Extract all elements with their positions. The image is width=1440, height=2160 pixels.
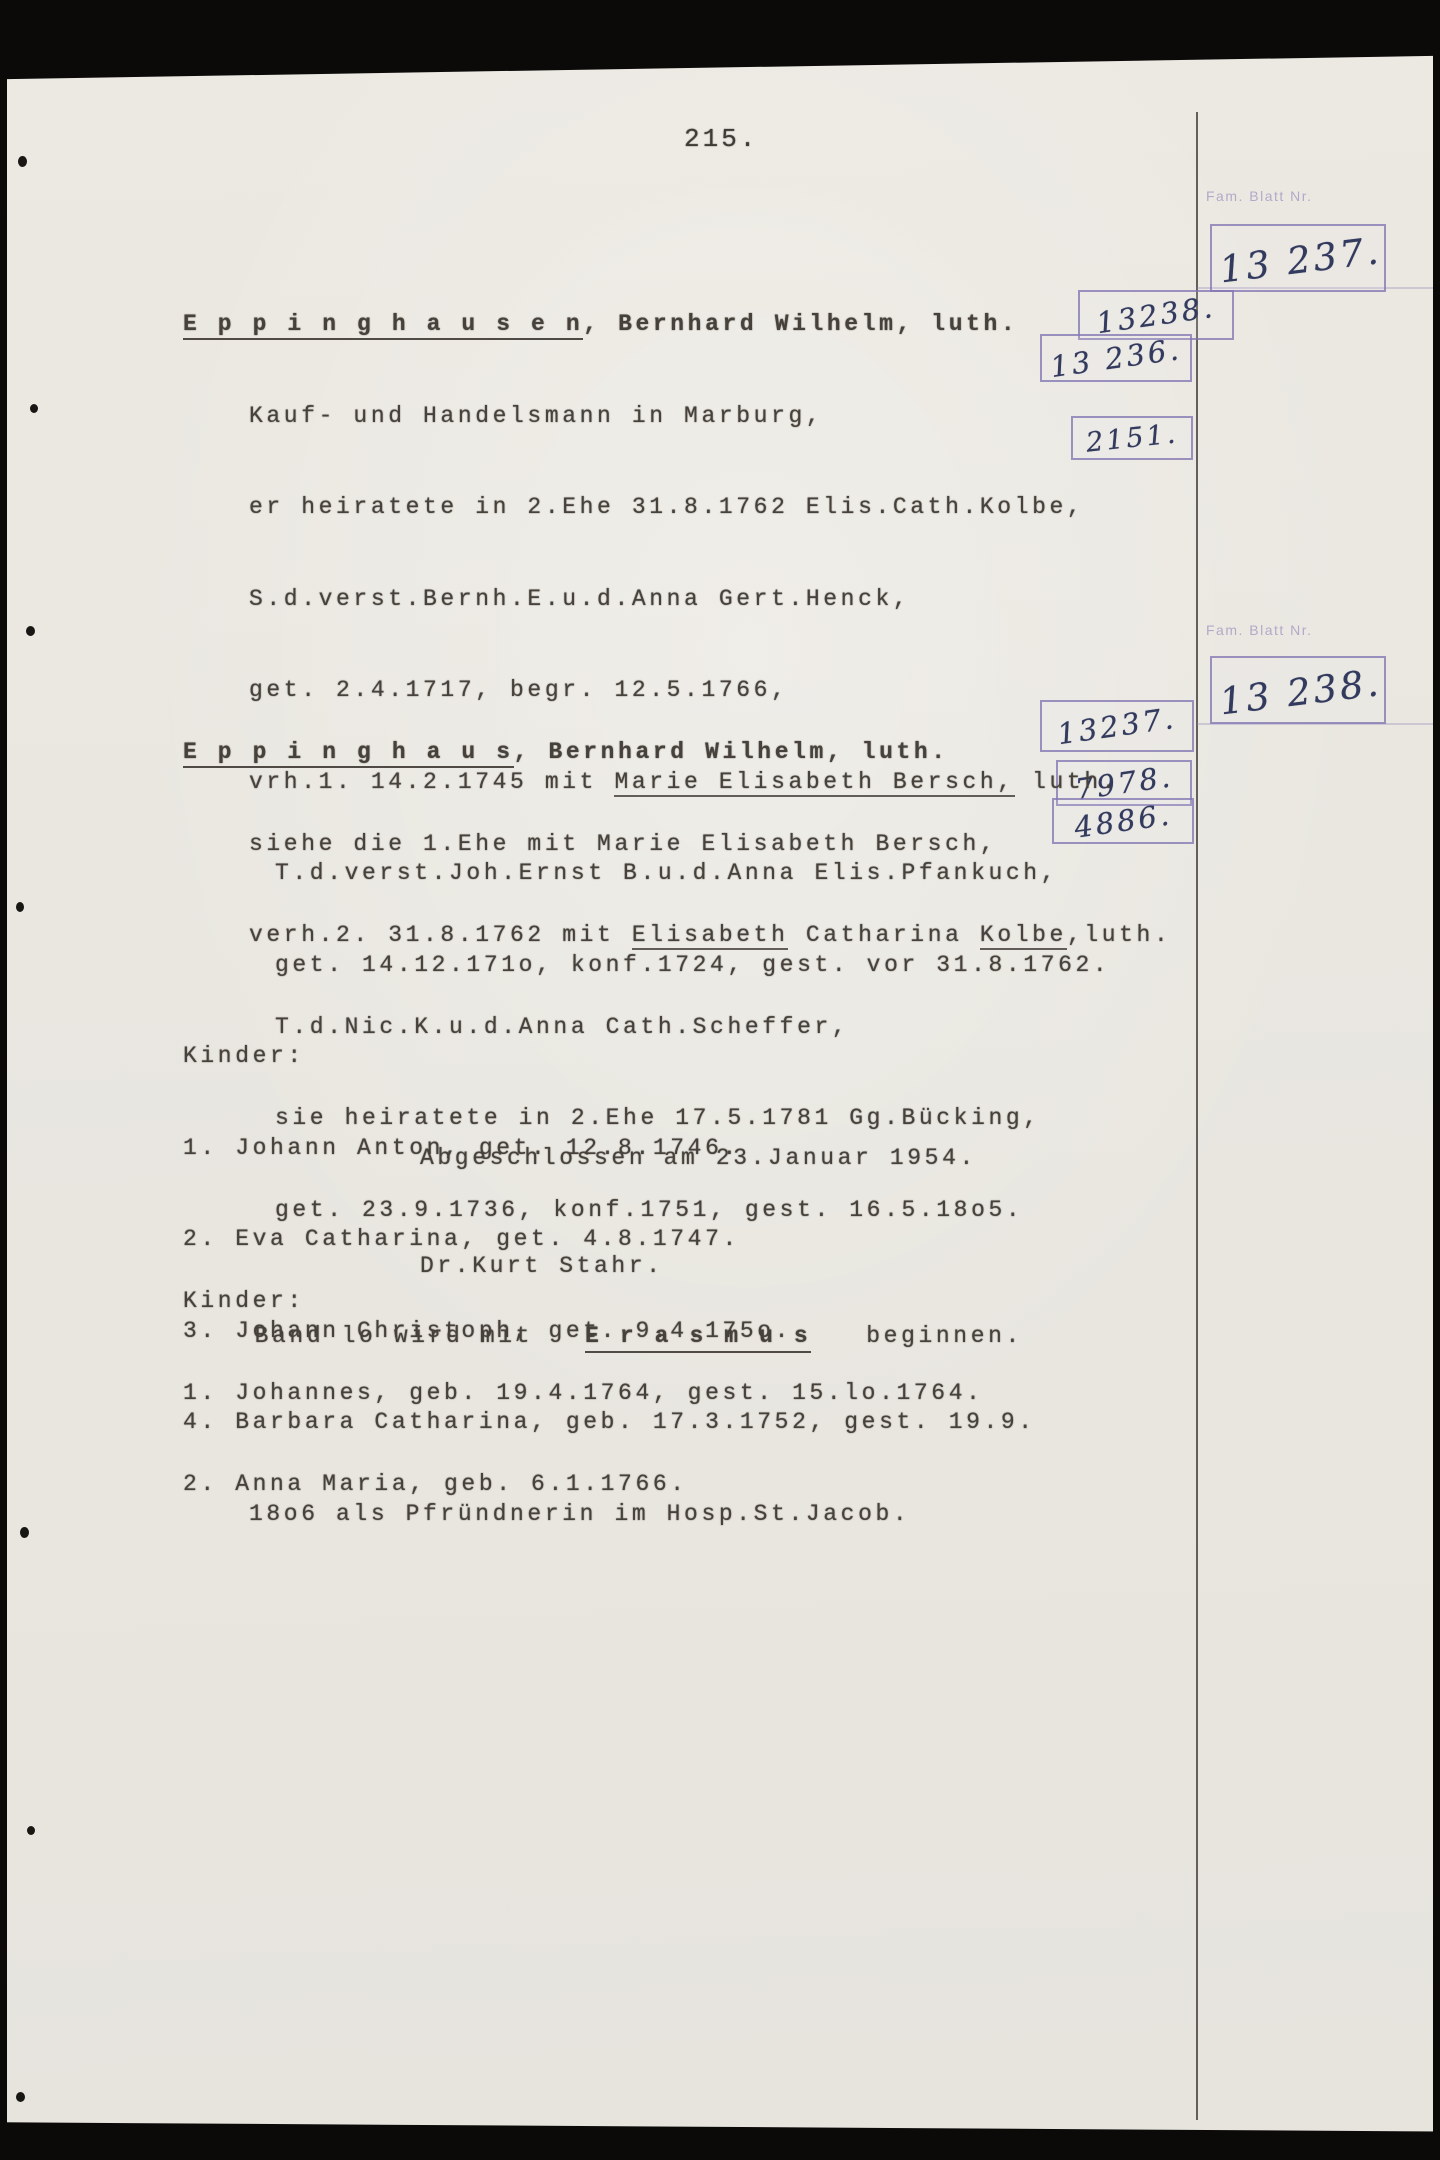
scanned-document-page: 215. Fam. Blatt Nr. Fam. Blatt Nr. 13 23… — [0, 0, 1440, 2160]
entry-line: siehe die 1.Ehe mit Marie Elisabeth Bers… — [183, 829, 1283, 860]
line-segment: verh.2. 31.8.1762 mit — [249, 922, 632, 948]
heading-rest: , Bernhard Wilhelm, luth. — [583, 311, 1018, 337]
entry-line: verh.2. 31.8.1762 mit Elisabeth Catharin… — [183, 920, 1283, 951]
punch-hole — [20, 1527, 29, 1538]
punch-hole — [26, 626, 35, 636]
entry-heading: E p p i n g h a u s, Bernhard Wilhelm, l… — [183, 737, 1283, 768]
punch-hole — [16, 2092, 25, 2102]
note-suffix: beginnen. — [866, 1323, 1023, 1349]
punch-hole — [18, 156, 27, 167]
surname-underlined: E p p i n g h a u s — [183, 739, 514, 768]
scan-border-right — [1433, 0, 1440, 2160]
line-segment: ,luth. — [1067, 922, 1171, 948]
child-line: 1. Johannes, geb. 19.4.1764, gest. 15.lo… — [183, 1378, 1283, 1409]
child-line: 2. Anna Maria, geb. 6.1.1766. — [183, 1469, 1283, 1500]
heading-rest: , Bernhard Wilhelm, luth. — [514, 739, 949, 765]
entry-line: er heiratete in 2.Ehe 31.8.1762 Elis.Cat… — [183, 492, 1283, 523]
entry-line: S.d.verst.Bernh.E.u.d.Anna Gert.Henck, — [183, 584, 1283, 615]
fam-blatt-nr-stamp: Fam. Blatt Nr. — [1206, 188, 1313, 204]
line-segment: Catharina — [788, 922, 979, 948]
next-volume-note: Band lo wird mitE r a s m u sbeginnen. — [185, 1290, 1023, 1382]
page-number: 215. — [684, 124, 758, 155]
note-prefix: Band lo wird mit — [255, 1323, 533, 1349]
entry-line: T.d.Nic.K.u.d.Anna Cath.Scheffer, — [183, 1012, 1283, 1043]
entry-line: Kauf- und Handelsmann in Marburg, — [183, 401, 1283, 432]
spouse-name-underlined: Elisabeth — [632, 922, 789, 950]
punch-hole — [16, 902, 24, 912]
surname-underlined: E p p i n g h a u s e n — [183, 311, 583, 340]
entry-heading: E p p i n g h a u s e n, Bernhard Wilhel… — [183, 309, 1283, 340]
next-surname-underlined: E r a s m u s — [585, 1323, 811, 1353]
punch-hole — [27, 1826, 35, 1835]
scan-border-left — [0, 0, 7, 2160]
spouse-surname-underlined: Kolbe — [980, 922, 1067, 950]
closing-date-line: Abgeschlossen am 23.Januar 1954. — [420, 1143, 977, 1190]
punch-hole — [30, 404, 38, 413]
